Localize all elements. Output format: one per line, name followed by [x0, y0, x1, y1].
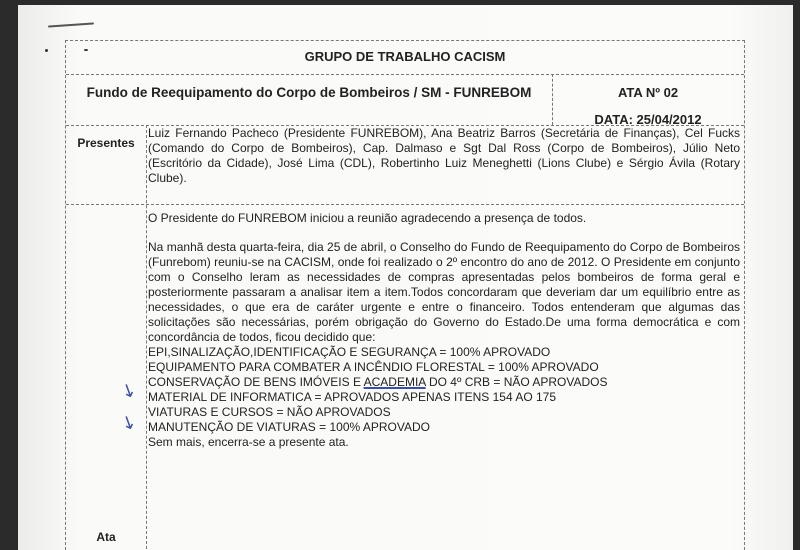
row-divider	[66, 74, 744, 75]
main-paragraph: Na manhã desta quarta-feira, dia 25 de a…	[148, 240, 740, 345]
presentes-label: Presentes	[66, 136, 146, 150]
meeting-date: DATA: 25/04/2012	[552, 112, 744, 127]
decision-item: VIATURAS E CURSOS = NÃO APROVADOS	[148, 405, 740, 420]
ink-speck	[45, 49, 48, 52]
decision-item: CONSERVAÇÃO DE BENS IMÓVEIS E ACADEMIA D…	[148, 375, 740, 390]
row-divider	[66, 204, 744, 205]
closing-text: Sem mais, encerra-se a presente ata.	[148, 435, 740, 450]
fund-name: Fundo de Reequipamento do Corpo de Bombe…	[66, 85, 552, 100]
column-divider	[146, 125, 147, 550]
minutes-table: GRUPO DE TRABALHO CACISM Fundo de Reequi…	[65, 40, 745, 550]
decisions-list: EPI,SINALIZAÇÃO,IDENTIFICAÇÃO E SEGURANÇ…	[148, 345, 740, 435]
minutes-body: O Presidente do FUNREBOM iniciou a reuni…	[148, 211, 740, 450]
decision-item: MATERIAL DE INFORMATICA = APROVADOS APEN…	[148, 390, 740, 405]
ata-label: Ata	[66, 530, 146, 544]
decision-text: CONSERVAÇÃO DE BENS IMÓVEIS E	[148, 375, 364, 389]
ata-number: ATA Nº 02	[552, 85, 744, 100]
opening-text: O Presidente do FUNREBOM iniciou a reuni…	[148, 211, 740, 226]
decision-item: EPI,SINALIZAÇÃO,IDENTIFICAÇÃO E SEGURANÇ…	[148, 345, 740, 360]
decision-item: MANUTENÇÃO DE VIATURAS = 100% APROVADO	[148, 420, 740, 435]
decision-item: EQUIPAMENTO PARA COMBATER A INCÊNDIO FLO…	[148, 360, 740, 375]
document-title: GRUPO DE TRABALHO CACISM	[66, 49, 744, 64]
decision-text: DO 4º CRB = NÃO APROVADOS	[426, 375, 608, 389]
attendees-text: Luiz Fernando Pacheco (Presidente FUNREB…	[148, 126, 740, 186]
underlined-word: ACADEMIA	[364, 375, 426, 389]
